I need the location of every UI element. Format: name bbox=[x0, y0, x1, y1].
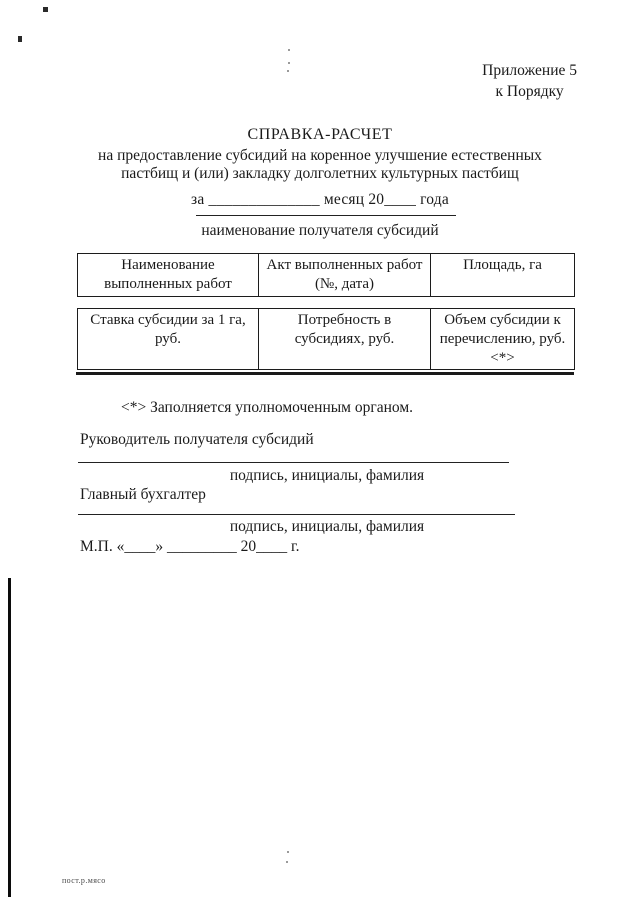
subsidy-table: Ставка субсидии за 1 га, руб. Потребност… bbox=[77, 308, 575, 370]
scan-dot bbox=[287, 851, 289, 853]
scan-speck bbox=[43, 7, 48, 12]
appendix-number: Приложение 5 bbox=[482, 60, 577, 81]
scan-speck bbox=[18, 36, 22, 42]
work-table-header-area: Площадь, га bbox=[431, 254, 575, 297]
work-table: Наименование выполненных работ Акт выпол… bbox=[77, 253, 575, 297]
subsidy-table-header-rate: Ставка субсидии за 1 га, руб. bbox=[78, 309, 259, 370]
head-signature-blank-line bbox=[78, 462, 509, 463]
chief-accountant-label: Главный бухгалтер bbox=[80, 486, 206, 504]
appendix-to-order: к Порядку bbox=[482, 81, 577, 102]
recipient-name-blank-line bbox=[196, 215, 456, 216]
scan-dot bbox=[287, 70, 289, 72]
head-signature-caption: подпись, инициалы, фамилия bbox=[162, 467, 492, 485]
separator-rule bbox=[76, 372, 574, 375]
recipient-caption: наименование получателя субсидий bbox=[0, 222, 640, 240]
document-page: Приложение 5 к Порядку СПРАВКА-РАСЧЕТ на… bbox=[0, 0, 640, 905]
subsidy-table-header-volume: Объем субсидии к перечислению, руб. <*> bbox=[431, 309, 575, 370]
period-line: за ______________ месяц 20____ года bbox=[0, 191, 640, 210]
subsidy-table-header-row: Ставка субсидии за 1 га, руб. Потребност… bbox=[78, 309, 575, 370]
appendix-ref: Приложение 5 к Порядку bbox=[482, 60, 577, 102]
scan-artifact-vertical-line bbox=[8, 578, 11, 897]
subtitle-line1: на предоставление субсидий на коренное у… bbox=[0, 147, 640, 166]
document-title: СПРАВКА-РАСЧЕТ bbox=[0, 126, 640, 145]
head-of-recipient-label: Руководитель получателя субсидий bbox=[80, 431, 314, 449]
footer-stamp-text: пост.р.мясо bbox=[62, 876, 106, 885]
work-table-header-name: Наименование выполненных работ bbox=[78, 254, 259, 297]
footnote: <*> Заполняется уполномоченным органом. bbox=[121, 399, 413, 417]
work-table-header-act: Акт выполненных работ (№, дата) bbox=[259, 254, 431, 297]
subsidy-table-header-need: Потребность в субсидиях, руб. bbox=[259, 309, 431, 370]
subtitle-line2: пастбищ и (или) закладку долголетних кул… bbox=[0, 165, 640, 184]
accountant-signature-blank-line bbox=[78, 514, 515, 515]
scan-dot bbox=[288, 49, 290, 51]
accountant-signature-caption: подпись, инициалы, фамилия bbox=[162, 518, 492, 536]
title-block: СПРАВКА-РАСЧЕТ на предоставление субсиди… bbox=[0, 126, 640, 209]
scan-dot bbox=[288, 62, 290, 64]
work-table-header-row: Наименование выполненных работ Акт выпол… bbox=[78, 254, 575, 297]
stamp-date-line: М.П. «____» _________ 20____ г. bbox=[80, 538, 299, 556]
scan-dot bbox=[286, 861, 288, 863]
